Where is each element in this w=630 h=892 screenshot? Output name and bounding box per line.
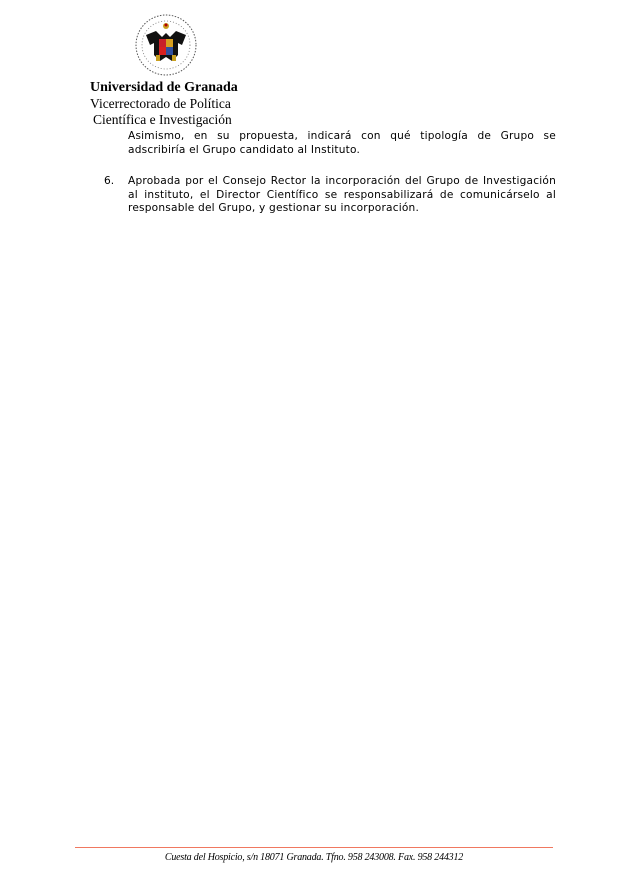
department-line-1: Vicerrectorado de Política	[90, 96, 238, 112]
institution-header: Universidad de Granada Vicerrectorado de…	[90, 80, 238, 128]
department-line-2: Científica e Investigación	[90, 112, 238, 128]
list-item-text: Aprobada por el Consejo Rector la incorp…	[128, 175, 556, 216]
paragraph-continuation: Asimismo, en su propuesta, indicará con …	[128, 130, 556, 157]
institution-name: Universidad de Granada	[90, 80, 238, 96]
list-item-number: 6.	[104, 175, 114, 189]
footer-address: Cuesta del Hospicio, s/n 18071 Granada. …	[75, 852, 553, 863]
university-seal-icon	[134, 13, 198, 77]
footer-divider	[75, 847, 553, 848]
